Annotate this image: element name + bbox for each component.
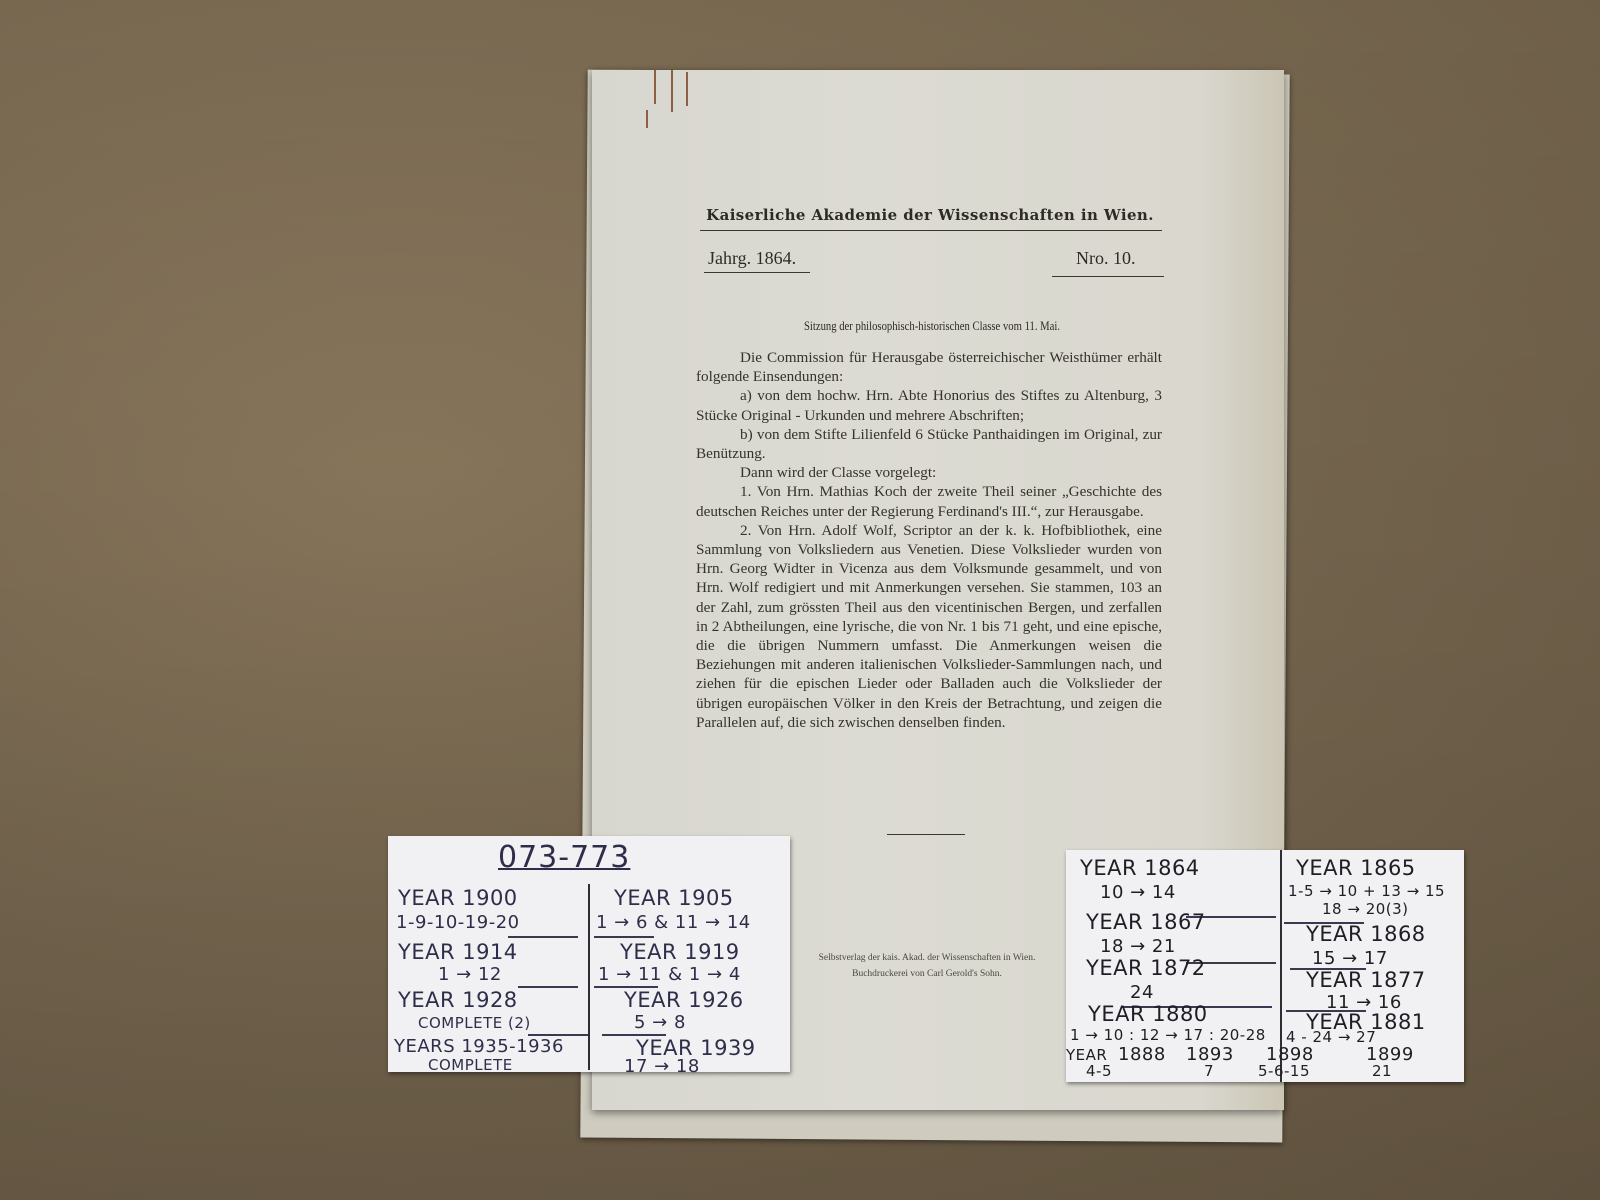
issue-range: 10 → 14: [1100, 882, 1176, 903]
issue-range: 1 → 11 & 1 → 4: [598, 964, 741, 985]
issue-range: COMPLETE: [428, 1056, 513, 1074]
index-card-right: YEAR 1864 10 → 14 YEAR 1867 18 → 21 YEAR…: [1066, 850, 1464, 1082]
catalog-code: 073-773: [498, 840, 630, 875]
issue-range: 21: [1372, 1062, 1392, 1080]
issue-range: 1-5 → 10 + 13 → 15: [1288, 882, 1445, 900]
imprint-printer: Buchdruckerei von Carl Gerold's Sohn.: [792, 966, 1062, 982]
issue-range: 24: [1130, 982, 1154, 1003]
document-body: Die Commission für Herausgabe österreich…: [696, 348, 1162, 732]
card-divider: [588, 884, 590, 1070]
rust-stain: [686, 72, 688, 106]
issue-range: 1 → 12: [438, 964, 502, 985]
year-label: YEAR 1864: [1080, 856, 1200, 880]
issue-range: 1-9-10-19-20: [396, 912, 520, 933]
issue-range: 17 → 18: [624, 1056, 700, 1077]
issue-range: 1 → 10 : 12 → 17 : 20-28: [1070, 1026, 1266, 1044]
year-label: YEAR 1905: [614, 886, 734, 910]
issue-range: 5-6-15: [1258, 1062, 1310, 1080]
year-label: YEAR 1867: [1086, 910, 1206, 934]
issue-number: Nro. 10.: [1076, 248, 1136, 269]
year-label: YEAR 1868: [1306, 922, 1426, 946]
imprint: Selbstverlag der kais. Akad. der Wissens…: [792, 950, 1062, 982]
rust-stain: [654, 70, 656, 104]
paragraph: b) von dem Stifte Lilienfeld 6 Stücke Pa…: [696, 425, 1162, 463]
year-label: YEAR 1928: [398, 988, 518, 1012]
year-label: YEAR 1865: [1296, 856, 1416, 880]
volume-year: Jahrg. 1864.: [708, 248, 796, 269]
paragraph: Dann wird der Classe vorgelegt:: [696, 463, 1162, 482]
entry-rule: [508, 936, 578, 938]
entry-rule: [594, 936, 654, 938]
year-label: YEAR 1872: [1086, 956, 1206, 980]
index-card-left: 073-773 YEAR 1900 1-9-10-19-20 YEAR 1914…: [388, 836, 790, 1072]
brace-rule: [1052, 276, 1164, 283]
rust-stain: [671, 70, 673, 112]
issue-range: 5 → 8: [634, 1012, 686, 1033]
issue-range: 18 → 21: [1100, 936, 1176, 957]
issue-range: 4-5: [1086, 1062, 1112, 1080]
imprint-publisher: Selbstverlag der kais. Akad. der Wissens…: [792, 950, 1062, 966]
section-separator: [887, 834, 965, 835]
issue-range: 1 → 6 & 11 → 14: [596, 912, 751, 933]
year-value: 1888: [1118, 1044, 1166, 1065]
paragraph: 1. Von Hrn. Mathias Koch der zweite Thei…: [696, 482, 1162, 520]
year-label: YEAR 1877: [1306, 968, 1426, 992]
issue-range: 18 → 20(3): [1322, 900, 1409, 918]
year-label: YEAR 1900: [398, 886, 518, 910]
paragraph: 2. Von Hrn. Adolf Wolf, Scriptor an der …: [696, 521, 1162, 732]
issue-range: 7: [1204, 1062, 1214, 1080]
paragraph: a) von dem hochw. Hrn. Abte Honorius des…: [696, 386, 1162, 424]
issue-range: 15 → 17: [1312, 948, 1388, 969]
session-title: Sitzung der philosophisch-historischen C…: [735, 318, 1129, 334]
year-label: YEAR 1926: [624, 988, 744, 1012]
entry-rule: [518, 986, 578, 988]
header-rule: [700, 230, 1162, 231]
rust-stain: [646, 110, 648, 128]
year-label: YEAR 1919: [620, 940, 740, 964]
year-label: YEAR 1880: [1088, 1002, 1208, 1026]
academy-header: Kaiserliche Akademie der Wissenschaften …: [700, 206, 1160, 224]
issue-range: COMPLETE (2): [418, 1014, 531, 1032]
year-label: YEARS 1935-1936: [394, 1036, 564, 1057]
brace-rule: [704, 272, 810, 279]
paragraph: Die Commission für Herausgabe österreich…: [696, 348, 1162, 386]
year-label: YEAR 1914: [398, 940, 518, 964]
